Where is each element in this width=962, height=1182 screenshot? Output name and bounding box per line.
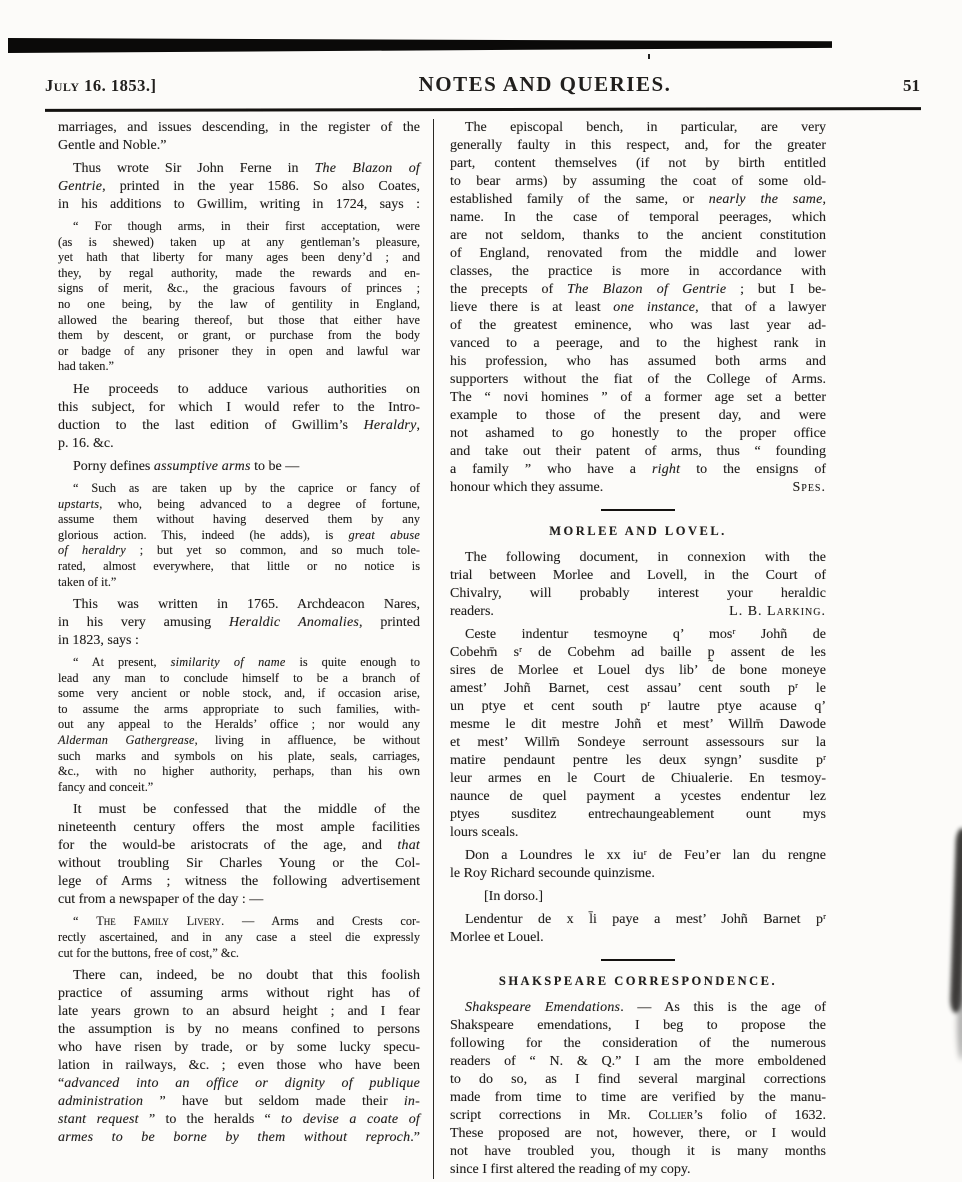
text-line: to assume the arms appropriate to such f… <box>58 702 420 718</box>
text-line: in his very amusing Heraldic Anomalies, … <box>58 614 420 632</box>
page-scan: July 16. 1853.] NOTES AND QUERIES. 51 ma… <box>0 0 962 1182</box>
text-line: amest’ Johñ Barnet, cest assau’ cent sou… <box>450 680 826 698</box>
text-line: cut for the buttons, free of cost,” &c. <box>58 946 420 962</box>
text-line: late years grown to an absurd height ; a… <box>58 1003 420 1021</box>
text-line: Don a Loundres le xx iuʳ de Feu’er lan d… <box>450 847 826 865</box>
text-line: signs of merit, &c., the gracious favour… <box>58 281 420 297</box>
text-line: honour which they assume. <box>450 479 603 497</box>
paragraph: Don a Loundres le xx iuʳ de Feu’er lan d… <box>450 847 826 883</box>
section-divider-rule <box>601 509 675 511</box>
text-line: The episcopal bench, in particular, are … <box>450 119 826 137</box>
text-line: had taken.” <box>58 359 420 375</box>
text-line: lours sceals. <box>450 824 826 842</box>
text-line: duction to the last edition of Gwillim’s… <box>58 417 420 435</box>
text-line: He proceeds to adduce various authoritie… <box>58 381 420 399</box>
text-line: Cobehm̄ sʳ de Cobehm ad baille p̰ assent… <box>450 644 826 662</box>
text-line: mesme le dit mestre Johñ et mest’ Willm̄… <box>450 716 826 734</box>
text-line: in his additions to Gwillim, writing in … <box>58 196 420 214</box>
text-line: naunce de quel payment a ycestes endentu… <box>450 788 826 806</box>
text-line: to bear arms) by assuming the coat of so… <box>450 173 826 191</box>
section-divider-rule <box>601 959 675 961</box>
text-line: of heraldry ; but yet so common, and so … <box>58 543 420 559</box>
text-line: of England, renovated from the middle an… <box>450 245 826 263</box>
text-line: lege of Arms ; witness the following adv… <box>58 873 420 891</box>
text-line: such marks and symbols on his plate, sea… <box>58 749 420 765</box>
text-line: le Roy Richard secounde quinzisme. <box>450 865 826 883</box>
text-line: yet hath that liberty for many ages been… <box>58 250 420 266</box>
paragraph: Ceste indentur tesmoyne q’ mosʳ Johñ deC… <box>450 626 826 842</box>
text-line: supporters without the fiat of the Colle… <box>450 371 826 389</box>
text-line: out any appeal to the Heralds’ office ; … <box>58 717 420 733</box>
text-line: some very ancient or noble stock, and, i… <box>58 686 420 702</box>
text-line: Thus wrote Sir John Ferne in The Blazon … <box>58 160 420 178</box>
text-line: (as is shewed) taken up at any gentleman… <box>58 235 420 251</box>
text-line: “ At present, similarity of name is quit… <box>58 655 420 671</box>
text-line: rated, almost everywhere, that little or… <box>58 559 420 575</box>
text-line: readers. <box>450 603 494 621</box>
text-line: Ceste indentur tesmoyne q’ mosʳ Johñ de <box>450 626 826 644</box>
section-heading: SHAKSPEARE CORRESPONDENCE. <box>450 974 826 989</box>
text-line: fancy and conceit.” <box>58 780 420 796</box>
text-line: or badge of any prisoner they in open an… <box>58 344 420 360</box>
text-line: of the greatest eminence, who was last y… <box>450 317 826 335</box>
paragraph: Porny defines assumptive arms to be — <box>58 458 420 476</box>
page-header: July 16. 1853.] NOTES AND QUERIES. 51 <box>45 72 920 97</box>
header-date: July 16. 1853.] <box>45 76 260 96</box>
header-page-number: 51 <box>830 76 920 96</box>
paragraph: It must be confessed that the middle of … <box>58 801 420 909</box>
text-line: rectly ascertained, and in any case a st… <box>58 930 420 946</box>
text-line: example to those of the present day, and… <box>450 407 826 425</box>
text-line: following for the consideration of the n… <box>450 1035 826 1053</box>
text-line: marriages, and issues descending, in the… <box>58 119 420 137</box>
text-line: Chivalry, will probably interest your he… <box>450 585 826 603</box>
quote-paragraph: “ At present, similarity of name is quit… <box>58 655 420 795</box>
text-line: Porny defines assumptive arms to be — <box>58 458 420 476</box>
scan-gutter-smudge <box>950 828 962 1013</box>
quote-paragraph: “ Such as are taken up by the caprice or… <box>58 481 420 590</box>
text-line: These proposed are not, however, there, … <box>450 1125 826 1143</box>
text-line: a family ” who have a right to the ensig… <box>450 461 826 479</box>
text-line: in 1823, says : <box>58 632 420 650</box>
paragraph: The following document, in connexion wit… <box>450 549 826 621</box>
text-line: armes to be borne by them without reproc… <box>58 1129 420 1147</box>
signature: Spes. <box>792 479 826 497</box>
text-line: nineteenth century offers the most ample… <box>58 819 420 837</box>
text-line: them by descent, or grant, or purchase f… <box>58 328 420 344</box>
text-line: “ Such as are taken up by the caprice or… <box>58 481 420 497</box>
text-line: generally faulty in this respect, and, f… <box>450 137 826 155</box>
scan-edge-bar <box>8 38 832 53</box>
text-line: and take out their patent of arms, thus … <box>450 443 826 461</box>
text-line: This was written in 1765. Archdeacon Nar… <box>58 596 420 614</box>
text-line: Gentle and Noble.” <box>58 137 420 155</box>
paragraph: Lendentur de x l̄i paye a mest’ Johñ Bar… <box>450 911 826 947</box>
text-line: the precepts of The Blazon of Gentrie ; … <box>450 281 826 299</box>
signature: L. B. Larking. <box>729 603 826 621</box>
text-line: classes, the practice is more in accorda… <box>450 263 826 281</box>
text-line: since I first altered the reading of my … <box>450 1161 826 1179</box>
text-line: are not seldom, thanks to the ancient co… <box>450 227 826 245</box>
quote-paragraph: “ For though arms, in their first accept… <box>58 219 420 375</box>
paragraph: He proceeds to adduce various authoritie… <box>58 381 420 453</box>
column-divider-rule <box>433 119 434 1179</box>
text-line: “advanced into an office or dignity of p… <box>58 1075 420 1093</box>
text-line: allowed the bearing thereof, but those t… <box>58 313 420 329</box>
text-line: readers of “ N. & Q.” I am the more embo… <box>450 1053 826 1071</box>
text-line: upstarts, who, being advanced to a degre… <box>58 497 420 513</box>
header-title: NOTES AND QUERIES. <box>260 72 830 97</box>
text-line: Alderman Gathergrease, living in affluen… <box>58 733 420 749</box>
text-line: they, by regal authority, made the rewar… <box>58 266 420 282</box>
text-line: Lendentur de x l̄i paye a mest’ Johñ Bar… <box>450 911 826 929</box>
quote-paragraph: “ The Family Livery. — Arms and Crests c… <box>58 914 420 961</box>
text-line: &c., with no higher authority, perhaps, … <box>58 764 420 780</box>
signature-line: readers.L. B. Larking. <box>450 603 826 621</box>
text-line: lation in railways, &c. ; even those who… <box>58 1057 420 1075</box>
paragraph: [In dorso.] <box>450 888 826 906</box>
text-line: name. In the case of temporal peerages, … <box>450 209 826 227</box>
paragraph: marriages, and issues descending, in the… <box>58 119 420 155</box>
scan-gutter-smudge-faint <box>957 990 962 1060</box>
text-line: lieve there is at least one instance, th… <box>450 299 826 317</box>
text-line: [In dorso.] <box>450 888 826 906</box>
text-line: It must be confessed that the middle of … <box>58 801 420 819</box>
text-line: to do so, as I find several marginal cor… <box>450 1071 826 1089</box>
text-line: Shakspeare emendations, I beg to propose… <box>450 1017 826 1035</box>
scan-speck <box>648 54 650 59</box>
text-line: vanced to a peerage, and to the highest … <box>450 335 826 353</box>
text-line: not ashamed to go honestly to the proper… <box>450 425 826 443</box>
text-line: Morlee et Louel. <box>450 929 826 947</box>
text-line: sires de Morlee et Louel dys lib’ de bon… <box>450 662 826 680</box>
text-line: established family of the same, or nearl… <box>450 191 826 209</box>
paragraph: There can, indeed, be no doubt that this… <box>58 967 420 1147</box>
text-line: ptyes susditez entrechaungeablement ount… <box>450 806 826 824</box>
text-line: lead any man to conclude himself to be a… <box>58 671 420 687</box>
text-line: “ For though arms, in their first accept… <box>58 219 420 235</box>
text-line: Shakspeare Emendations. — As this is the… <box>450 999 826 1017</box>
text-line: The following document, in connexion wit… <box>450 549 826 567</box>
text-line: the assumption is by no means confined t… <box>58 1021 420 1039</box>
text-line: trial between Morlee and Lovell, in the … <box>450 567 826 585</box>
text-line: et mest’ Willm̄ Sondeye serrount assesso… <box>450 734 826 752</box>
text-line: script corrections in Mr. Collier’s foli… <box>450 1107 826 1125</box>
signature-line: honour which they assume.Spes. <box>450 479 826 497</box>
text-line: made from time to time are verified by t… <box>450 1089 826 1107</box>
text-line: matire pendaunt pentre les deux syngn’ s… <box>450 752 826 770</box>
text-line: leur armes en le Court de Chiualerie. En… <box>450 770 826 788</box>
text-line: There can, indeed, be no doubt that this… <box>58 967 420 985</box>
text-line: part, content themselves (if not by birt… <box>450 155 826 173</box>
text-line: no one being, by the law of gentility in… <box>58 297 420 313</box>
text-line: for the would-be aristocrats of the age,… <box>58 837 420 855</box>
header-rule <box>45 107 921 112</box>
text-line: un ptye et cent south pʳ lautre ptye aca… <box>450 698 826 716</box>
text-line: this subject, for which I would refer to… <box>58 399 420 417</box>
text-line: not have troubled you, though it is many… <box>450 1143 826 1161</box>
paragraph: This was written in 1765. Archdeacon Nar… <box>58 596 420 650</box>
paragraph: The episcopal bench, in particular, are … <box>450 119 826 497</box>
text-line: Gentrie, printed in the year 1586. So al… <box>58 178 420 196</box>
text-line: stant request ” to the heralds “ to devi… <box>58 1111 420 1129</box>
text-line: who have risen by trade, or by some luck… <box>58 1039 420 1057</box>
text-line: cut from a newspaper of the day : — <box>58 891 420 909</box>
text-line: taken of it.” <box>58 575 420 591</box>
text-line: without troubling Sir Charles Young or t… <box>58 855 420 873</box>
text-line: administration ” have but seldom made th… <box>58 1093 420 1111</box>
column-left: marriages, and issues descending, in the… <box>58 119 420 1152</box>
text-line: practice of assuming arms without right … <box>58 985 420 1003</box>
text-line: “ The Family Livery. — Arms and Crests c… <box>58 914 420 930</box>
text-line: p. 16. &c. <box>58 435 420 453</box>
text-line: glorious action. This, indeed (he adds),… <box>58 528 420 544</box>
column-right: The episcopal bench, in particular, are … <box>450 119 826 1182</box>
paragraph: Shakspeare Emendations. — As this is the… <box>450 999 826 1179</box>
section-heading: MORLEE AND LOVEL. <box>450 524 826 539</box>
text-line: The “ novi homines ” of a former age set… <box>450 389 826 407</box>
paragraph: Thus wrote Sir John Ferne in The Blazon … <box>58 160 420 214</box>
text-line: his profession, who has assumed both arm… <box>450 353 826 371</box>
text-line: assume them without having deserved them… <box>58 512 420 528</box>
